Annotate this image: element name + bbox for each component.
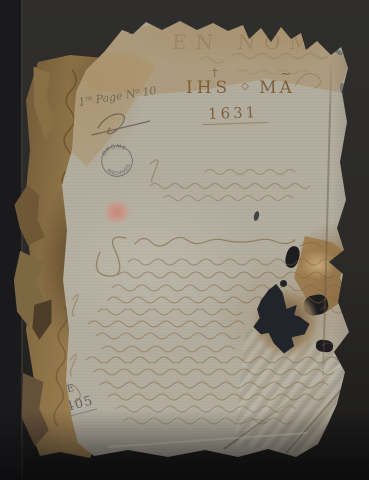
pencil-note-sup: re	[84, 94, 93, 103]
pencil-note-part: 10	[142, 84, 158, 99]
background-left-strip	[0, 0, 21, 480]
svg-text:DROME: DROME	[100, 141, 128, 158]
folio-number: 1	[127, 23, 136, 39]
year-1631: 1631	[202, 103, 269, 125]
pencil-note-sup: o	[134, 87, 139, 96]
background-bottom-shadow	[0, 410, 369, 480]
svg-text:ARCHIVES: ARCHIVES	[104, 162, 134, 180]
stamp-bottom-text: ARCHIVES	[104, 162, 134, 180]
tilde-mark-icon: ∼	[280, 67, 291, 82]
cross-icon: †	[212, 66, 218, 79]
paper-hole-small	[280, 280, 287, 287]
paraph-flourish	[88, 108, 160, 142]
faded-heading: EN NOM	[171, 30, 320, 54]
diamond-separator-icon: ◇	[241, 81, 249, 92]
ihs-text: IHS	[186, 78, 231, 98]
photo-canvas: 1 EN NOM † IHS ◇ MA ∼ 1631 1rePage No10	[0, 0, 369, 480]
christogram: † IHS ◇ MA ∼	[186, 78, 295, 98]
stamp-top-text: DROME	[100, 141, 128, 158]
